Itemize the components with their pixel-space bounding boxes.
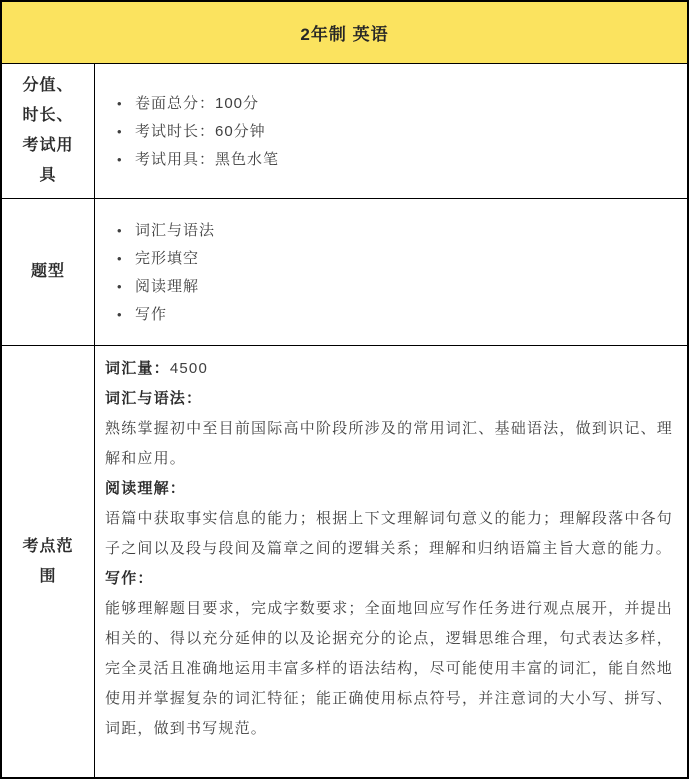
- row-label-scope: 考点范围: [2, 346, 95, 777]
- bullet-list: • 词汇与语法 • 完形填空 • 阅读理解 • 写作: [95, 213, 225, 332]
- section-heading-reading: 阅读理解：: [105, 474, 673, 504]
- table-row-types: 题型 • 词汇与语法 • 完形填空 • 阅读理解 • 写作: [2, 199, 687, 346]
- list-item-text: 考试用具：黑色水笔: [135, 149, 279, 170]
- section-body-vocab-grammar: 熟练掌握初中至目前国际高中阶段所涉及的常用词汇、基础语法，做到识记、理解和应用。: [105, 414, 673, 474]
- bullet-icon: •: [117, 304, 135, 325]
- row-label-types: 题型: [2, 199, 95, 345]
- list-item: • 阅读理解: [117, 276, 215, 297]
- list-item: • 写作: [117, 304, 215, 325]
- bullet-icon: •: [117, 149, 135, 170]
- bullet-list: • 卷面总分：100分 • 考试时长：60分钟 • 考试用具：黑色水笔: [95, 86, 289, 177]
- list-item: • 卷面总分：100分: [117, 93, 279, 114]
- exam-spec-table: 2年制 英语 分值、时长、考试用具 • 卷面总分：100分 • 考试时长：60分…: [0, 0, 689, 779]
- row-content-score: • 卷面总分：100分 • 考试时长：60分钟 • 考试用具：黑色水笔: [95, 64, 687, 198]
- table-header: 2年制 英语: [2, 2, 687, 64]
- table-title: 2年制 英语: [300, 20, 388, 45]
- list-item-text: 写作: [135, 304, 167, 325]
- bullet-icon: •: [117, 276, 135, 297]
- section-body-writing: 能够理解题目要求，完成字数要求；全面地回应写作任务进行观点展开，并提出相关的、得…: [105, 594, 673, 744]
- bullet-icon: •: [117, 93, 135, 114]
- bullet-icon: •: [117, 220, 135, 241]
- bullet-icon: •: [117, 248, 135, 269]
- row-content-scope: 词汇量：4500 词汇与语法： 熟练掌握初中至目前国际高中阶段所涉及的常用词汇、…: [95, 346, 687, 777]
- table-row-scope: 考点范围 词汇量：4500 词汇与语法： 熟练掌握初中至目前国际高中阶段所涉及的…: [2, 346, 687, 777]
- list-item-text: 卷面总分：100分: [135, 93, 259, 114]
- row-content-types: • 词汇与语法 • 完形填空 • 阅读理解 • 写作: [95, 199, 687, 345]
- list-item-text: 阅读理解: [135, 276, 199, 297]
- vocab-count-value: 4500: [170, 360, 208, 377]
- list-item: • 考试用具：黑色水笔: [117, 149, 279, 170]
- list-item-text: 词汇与语法: [135, 220, 215, 241]
- list-item: • 考试时长：60分钟: [117, 121, 279, 142]
- table-row-score: 分值、时长、考试用具 • 卷面总分：100分 • 考试时长：60分钟 • 考试用…: [2, 64, 687, 199]
- section-heading-vocab-grammar: 词汇与语法：: [105, 384, 673, 414]
- section-heading: 词汇量：: [105, 360, 170, 377]
- bullet-icon: •: [117, 121, 135, 142]
- list-item: • 词汇与语法: [117, 220, 215, 241]
- section-heading-writing: 写作：: [105, 564, 673, 594]
- list-item-text: 完形填空: [135, 248, 199, 269]
- section-body-reading: 语篇中获取事实信息的能力；根据上下文理解词句意义的能力；理解段落中各句子之间以及…: [105, 504, 673, 564]
- row-label-score: 分值、时长、考试用具: [2, 64, 95, 198]
- list-item-text: 考试时长：60分钟: [135, 121, 266, 142]
- list-item: • 完形填空: [117, 248, 215, 269]
- vocab-count-line: 词汇量：4500: [105, 354, 673, 384]
